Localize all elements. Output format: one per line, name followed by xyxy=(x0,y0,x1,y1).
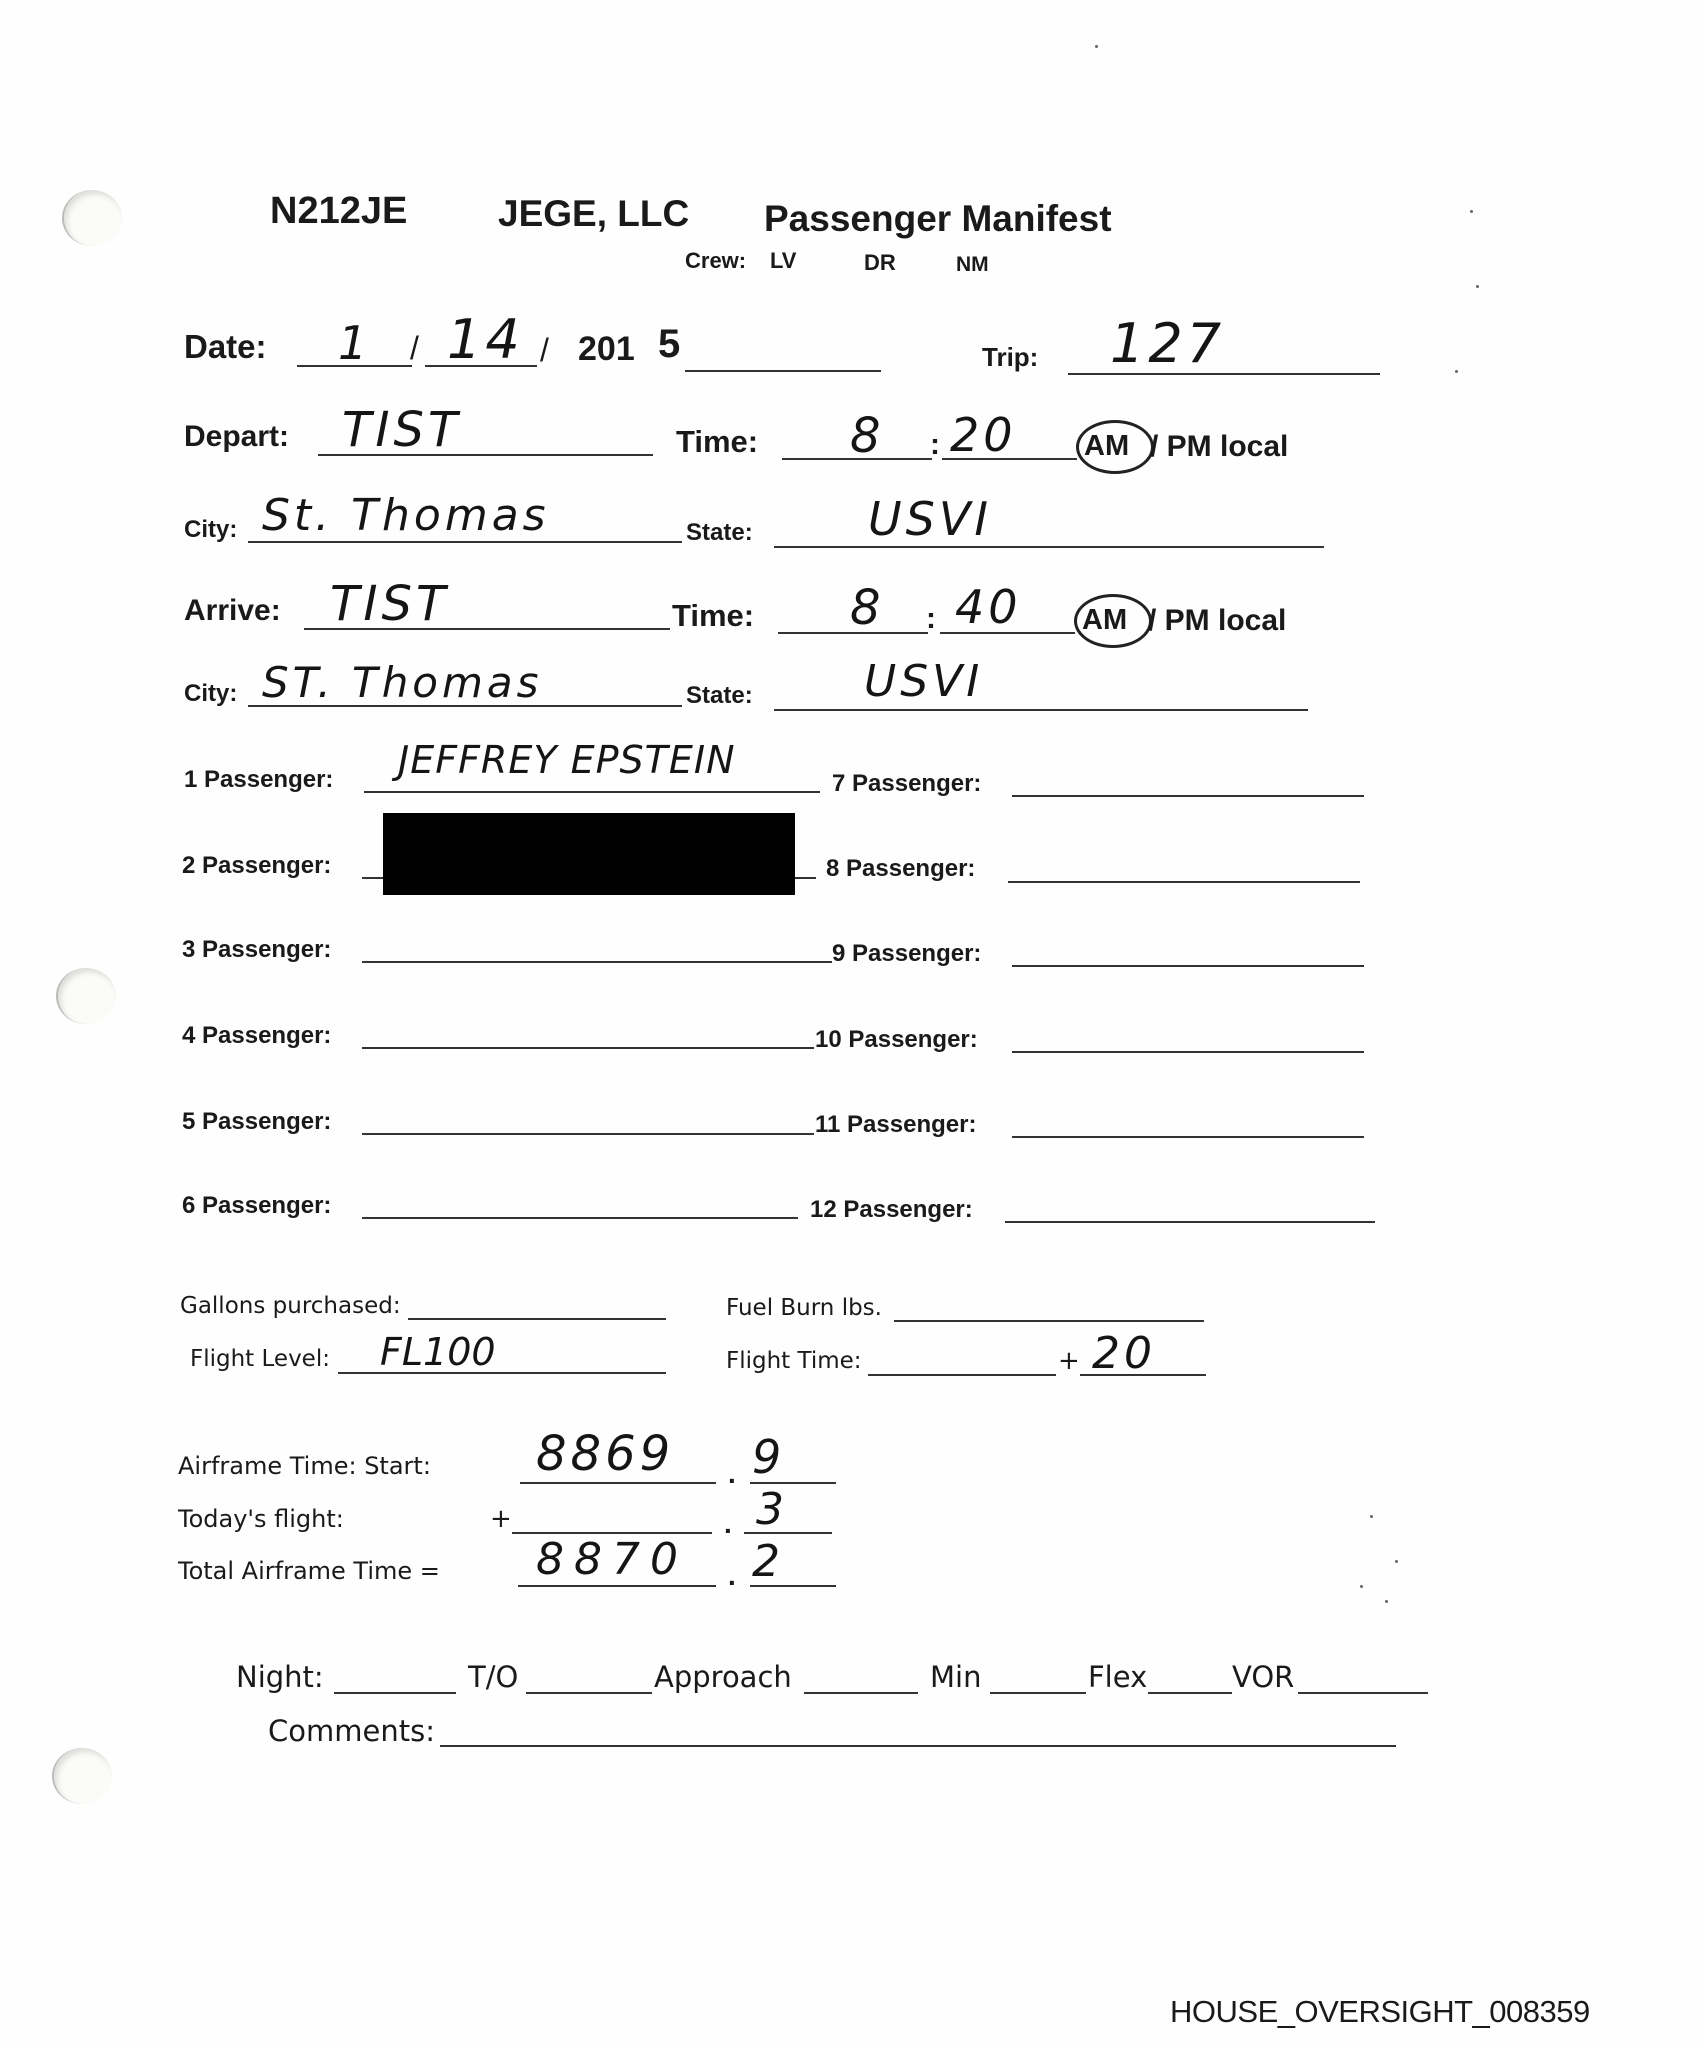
passenger-6-label: 6 Passenger: xyxy=(182,1192,331,1220)
todays-flight-dot: . xyxy=(724,1508,732,1540)
takeoff-field[interactable] xyxy=(526,1692,652,1694)
depart-state-field[interactable] xyxy=(774,546,1324,548)
total-airframe-tenths-value: 2 xyxy=(752,1536,784,1587)
passenger-10-field[interactable] xyxy=(1012,1051,1364,1053)
night-field[interactable] xyxy=(334,1692,456,1694)
night-label: Night: xyxy=(236,1660,324,1694)
date-year-handwritten: 5 xyxy=(658,322,680,367)
passenger-7-label: 7 Passenger: xyxy=(832,770,981,798)
flight-time-label: Flight Time: xyxy=(726,1348,862,1374)
page-title: Passenger Manifest xyxy=(764,198,1112,240)
gallons-purchased-field[interactable] xyxy=(408,1318,666,1320)
tail-number: N212JE xyxy=(270,190,407,233)
takeoff-label: T/O xyxy=(468,1660,518,1694)
hole-punch-top xyxy=(62,190,122,246)
passenger-1-value: JEFFREY EPSTEIN xyxy=(398,738,736,782)
date-separator: / xyxy=(410,330,419,367)
scan-speck xyxy=(1395,1560,1398,1563)
crew-label: Crew: xyxy=(685,248,746,274)
fuel-burn-field[interactable] xyxy=(894,1320,1204,1322)
depart-city-label: City: xyxy=(184,516,237,544)
passenger-4-label: 4 Passenger: xyxy=(182,1022,331,1050)
passenger-1-field[interactable] xyxy=(364,791,820,793)
crew-member-1: LV xyxy=(770,248,796,274)
passenger-1-label: 1 Passenger: xyxy=(184,766,333,794)
depart-label: Depart: xyxy=(184,420,289,454)
arrive-label: Arrive: xyxy=(184,594,281,628)
date-month-value: 1 xyxy=(338,316,371,370)
fuel-burn-label: Fuel Burn lbs. xyxy=(726,1295,882,1321)
passenger-8-field[interactable] xyxy=(1008,881,1360,883)
flight-time-hours-field[interactable] xyxy=(868,1374,1056,1376)
approach-field[interactable] xyxy=(804,1692,918,1694)
airframe-start-whole-field[interactable] xyxy=(520,1482,716,1484)
todays-flight-tenths-value: 3 xyxy=(756,1484,788,1535)
depart-city-field[interactable] xyxy=(248,541,682,543)
passenger-8-label: 8 Passenger: xyxy=(826,855,975,883)
flight-level-value: FL100 xyxy=(380,1330,496,1374)
passenger-2-redaction xyxy=(383,813,795,895)
date-year-field[interactable] xyxy=(685,370,881,372)
airframe-start-label: Airframe Time: Start: xyxy=(178,1452,431,1480)
total-airframe-whole-value: 8870 xyxy=(536,1534,688,1585)
arrive-state-label: State: xyxy=(686,682,753,710)
gallons-purchased-label: Gallons purchased: xyxy=(180,1293,401,1319)
crew-member-2: DR xyxy=(864,250,896,276)
airframe-start-dot: . xyxy=(728,1458,736,1490)
arrive-city-value: ST. Thomas xyxy=(262,658,543,707)
scan-speck xyxy=(1370,1515,1373,1518)
arrive-state-value: USVI xyxy=(864,656,983,707)
passenger-7-field[interactable] xyxy=(1012,795,1364,797)
arrive-hour-value: 8 xyxy=(850,580,885,636)
trip-number-value: 127 xyxy=(1110,312,1225,375)
depart-am-option[interactable]: AM xyxy=(1084,430,1129,463)
depart-pm-local[interactable]: / PM local xyxy=(1150,430,1288,464)
todays-flight-label: Today's flight: xyxy=(178,1505,344,1533)
arrive-am-option[interactable]: AM xyxy=(1082,604,1127,637)
date-separator: / xyxy=(540,332,549,369)
arrive-state-field[interactable] xyxy=(774,709,1308,711)
vor-field[interactable] xyxy=(1298,1692,1428,1694)
airframe-start-tenths-value: 9 xyxy=(752,1430,785,1484)
passenger-10-label: 10 Passenger: xyxy=(815,1026,978,1054)
flex-field[interactable] xyxy=(1148,1692,1232,1694)
passenger-3-label: 3 Passenger: xyxy=(182,936,331,964)
date-day-value: 14 xyxy=(447,308,524,371)
date-label: Date: xyxy=(184,328,267,366)
depart-time-colon: : xyxy=(930,428,940,462)
scan-speck xyxy=(1385,1600,1388,1603)
depart-state-label: State: xyxy=(686,519,753,547)
flight-time-plus: + xyxy=(1058,1346,1080,1376)
passenger-6-field[interactable] xyxy=(362,1217,798,1219)
passenger-3-field[interactable] xyxy=(362,961,832,963)
total-airframe-dot: . xyxy=(728,1560,736,1592)
crew-member-3: NM xyxy=(956,253,989,277)
vor-label: VOR xyxy=(1232,1660,1294,1694)
todays-flight-plus: + xyxy=(490,1504,512,1534)
depart-time-label: Time: xyxy=(676,424,758,460)
company-name: JEGE, LLC xyxy=(498,193,689,235)
arrive-pm-local[interactable]: / PM local xyxy=(1148,604,1286,638)
min-field[interactable] xyxy=(990,1692,1086,1694)
flex-label: Flex xyxy=(1088,1660,1147,1694)
passenger-5-field[interactable] xyxy=(362,1133,814,1135)
passenger-12-field[interactable] xyxy=(1005,1221,1375,1223)
depart-hour-value: 8 xyxy=(850,408,885,464)
depart-city-value: St. Thomas xyxy=(262,490,550,541)
passenger-11-label: 11 Passenger: xyxy=(815,1111,976,1139)
hole-punch-bottom xyxy=(52,1748,112,1804)
scan-speck xyxy=(1470,210,1473,213)
scan-speck xyxy=(1360,1585,1363,1588)
flight-level-label: Flight Level: xyxy=(190,1346,330,1372)
flight-time-minutes-value: 20 xyxy=(1092,1328,1156,1379)
approach-label: Approach xyxy=(654,1660,792,1694)
depart-airport-value: TIST xyxy=(342,402,461,458)
arrive-minute-value: 40 xyxy=(955,580,1022,634)
date-year-printed: 201 xyxy=(578,330,635,369)
trip-label: Trip: xyxy=(982,342,1038,373)
passenger-9-label: 9 Passenger: xyxy=(832,940,981,968)
comments-field[interactable] xyxy=(440,1745,1396,1747)
total-airframe-whole-field[interactable] xyxy=(518,1585,716,1587)
airframe-start-whole-value: 8869 xyxy=(536,1426,674,1482)
passenger-2-label: 2 Passenger: xyxy=(182,852,331,880)
arrive-time-colon: : xyxy=(926,602,936,636)
min-label: Min xyxy=(930,1660,981,1694)
comments-label: Comments: xyxy=(268,1714,435,1748)
scan-speck xyxy=(1476,285,1479,288)
bates-number: HOUSE_OVERSIGHT_008359 xyxy=(1170,1994,1590,2030)
passenger-12-label: 12 Passenger: xyxy=(810,1196,973,1224)
passenger-5-label: 5 Passenger: xyxy=(182,1108,331,1136)
depart-state-value: USVI xyxy=(868,492,992,546)
depart-minute-value: 20 xyxy=(950,408,1017,462)
scan-speck xyxy=(1455,370,1458,373)
hole-punch-middle xyxy=(56,968,116,1024)
passenger-9-field[interactable] xyxy=(1012,965,1364,967)
passenger-11-field[interactable] xyxy=(1012,1136,1364,1138)
passenger-4-field[interactable] xyxy=(362,1047,814,1049)
total-airframe-label: Total Airframe Time = xyxy=(178,1557,440,1585)
arrive-time-label: Time: xyxy=(672,598,754,634)
arrive-airport-value: TIST xyxy=(330,576,449,632)
scan-speck xyxy=(1095,45,1098,48)
arrive-city-label: City: xyxy=(184,680,237,708)
